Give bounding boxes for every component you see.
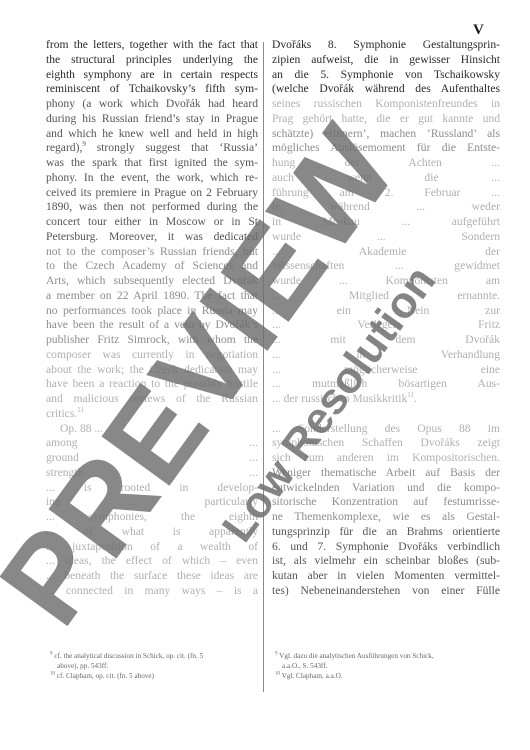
- page-number: V: [473, 22, 484, 39]
- text-line: during his Russian friend’s stay in Prag…: [46, 112, 258, 127]
- text-line: ... ideas, the effect of which – even: [46, 554, 258, 569]
- text-line-with-footnote-ref: critics.11: [46, 407, 258, 422]
- footnotes-english: 9 cf. the analytical discussion in Schic…: [50, 651, 260, 681]
- paragraph-gap: [272, 407, 500, 422]
- text-line: auch wenn die ...: [272, 171, 500, 186]
- text-line: ... ein Nein zur: [272, 304, 500, 319]
- text-line: tungsprinzip für die an Brahms orientier…: [272, 525, 500, 540]
- text-line: ground ...: [46, 451, 258, 466]
- text-line: ... symphonies, the eighth: [46, 510, 258, 525]
- text-line: and malicious reviews of the Russian: [46, 392, 258, 407]
- text-line: ... Verlegers Fritz: [272, 318, 500, 333]
- text-line: Op. 88 ...: [46, 422, 258, 437]
- text-line: ... mutmaßlich bösartigen Aus-: [272, 377, 500, 392]
- text-line: symphonischen Schaffen Dvořáks zeigt: [272, 436, 500, 451]
- footnote-text: cf. the analytical discussion in Schick,…: [54, 652, 203, 660]
- text-line: Arts, which subsequently elected Dvořák: [46, 274, 258, 289]
- text-line: sitorische Konzentration auf festumrisse…: [272, 495, 500, 510]
- text-line: kutan aber in vielen Momenten vermittel-: [272, 569, 500, 584]
- text-fragment: critics.: [46, 407, 77, 420]
- text-line: mögliches Auslösemoment für die Entste-: [272, 141, 500, 156]
- footnote: 9 cf. the analytical discussion in Schic…: [50, 651, 260, 661]
- text-line: ne Themenkomplexe, wie es als Gestal-: [272, 510, 500, 525]
- left-column-english: from the letters, together with the fact…: [46, 38, 258, 599]
- text-line: sich zum anderen im Kompositorischen.: [272, 451, 500, 466]
- text-line: no performances took place in Russia may: [46, 304, 258, 319]
- footnote-mark: 9: [275, 652, 278, 657]
- text-line: schätzte) erinnern’, machen ‘Russland’ a…: [272, 127, 500, 142]
- column-divider: [263, 42, 264, 692]
- text-line: ing ... particularly: [46, 495, 258, 510]
- text-line: about the work; the Czech dedication may: [46, 363, 258, 378]
- text-line: among ...: [46, 436, 258, 451]
- text-line: entwickelnden Variation und die kompo-: [272, 481, 500, 496]
- text-line-with-footnote-ref: regard),9 strongly suggest that ‘Russia’: [46, 141, 258, 156]
- text-line: (welche Dvořák während des Aufenthaltes: [272, 82, 500, 97]
- text-line: phony (a work which Dvořák had heard: [46, 97, 258, 112]
- footnotes-german: 9 Vgl. dazu die analytischen Ausführunge…: [275, 651, 500, 681]
- text-line: eighth symphony are in certain respects: [46, 68, 258, 83]
- text-line: ... beneath the surface these ideas are: [46, 569, 258, 584]
- text-line: strength ...: [46, 466, 258, 481]
- text-line: tes) Nebeneinanderstehen von einer Fülle: [272, 584, 500, 599]
- footnote-mark: 10: [275, 672, 280, 677]
- footnote: 10 Vgl. Clapham, a.a.O.: [275, 671, 500, 681]
- text-line: wurde ... Komponisten am: [272, 274, 500, 289]
- text-line: ... Akademie der: [272, 245, 500, 260]
- text-line: Weniger thematische Arbeit auf Basis der: [272, 466, 500, 481]
- text-line: ... is rooted in develop-: [46, 481, 258, 496]
- text-line: in Moskau ... aufgeführt: [272, 215, 500, 230]
- text-line: and which he knew well and held in high: [46, 127, 258, 142]
- text-line-with-footnote-ref: ... der russischen Musikkritik11.: [272, 392, 500, 407]
- text-line: a member on 22 April 1890. The fact that: [46, 289, 258, 304]
- text-line: the structural principles underlying the: [46, 53, 258, 68]
- right-column-german: Dvořáks 8. Symphonie Gestaltungsprin- zi…: [272, 38, 500, 599]
- text-line: zipien aufweist, die in gewisser Hinsich…: [272, 53, 500, 68]
- text-line: ... of what is apparently: [46, 525, 258, 540]
- text-line: an die 5. Symphonie von Tschaikowsky: [272, 68, 500, 83]
- footnote-ref: 9: [82, 141, 86, 148]
- text-line: from the letters, together with the fact…: [46, 38, 258, 53]
- footnote-text: Vgl. dazu die analytischen Ausführungen …: [279, 652, 434, 660]
- text-line: Petersburg. Moreover, it was dedicated: [46, 230, 258, 245]
- text-line: have been the result of a veto by Dvořák…: [46, 318, 258, 333]
- text-line: ... connected in many ways – is a: [46, 584, 258, 599]
- text-line: ... in Verhandlung: [272, 348, 500, 363]
- text-line: reminiscent of Tchaikovsky’s fifth sym-: [46, 82, 258, 97]
- text-line: hung der Achten ...: [272, 156, 500, 171]
- footnote: 9 Vgl. dazu die analytischen Ausführunge…: [275, 651, 500, 661]
- text-line: publisher Fritz Simrock, with whom the: [46, 333, 258, 348]
- text-line: 6. und 7. Symphonie Dvořáks verbindlich: [272, 540, 500, 555]
- text-fragment: regard),: [46, 141, 82, 154]
- text-line: concert tour either in Moscow or in St: [46, 215, 258, 230]
- text-line: ... mit dem Dvořák: [272, 333, 500, 348]
- text-line: wurde ... Sondern: [272, 230, 500, 245]
- text-line: ... Mitglied ernannte.: [272, 289, 500, 304]
- footnote-continuation: a.a.O., S. 543ff.: [275, 661, 500, 671]
- footnote-text: Vgl. Clapham, a.a.O.: [282, 672, 343, 680]
- footnote-mark: 10: [50, 672, 55, 677]
- text-line: phony. In the event, the work, which re-: [46, 171, 258, 186]
- text-line: ceived its premiere in Prague on 2 Febru…: [46, 186, 258, 201]
- footnote-ref: 11: [77, 407, 84, 414]
- text-line: ... Sonderstellung des Opus 88 im: [272, 422, 500, 437]
- footnote-mark: 9: [50, 652, 53, 657]
- text-line: was the spark that first ignited the sym…: [46, 156, 258, 171]
- text-line: seines russischen Komponistenfreundes in: [272, 97, 500, 112]
- text-line: not to the composer’s Russian friends, b…: [46, 245, 258, 260]
- footnote-text: cf. Clapham, op. cit. (fn. 5 above): [57, 672, 154, 680]
- text-line: Dvořáks 8. Symphonie Gestaltungsprin-: [272, 38, 500, 53]
- text-line: te, während ... weder: [272, 200, 500, 215]
- text-line: Wissenschaften ... gewidmet: [272, 259, 500, 274]
- text-line: ... juxtaposition of a wealth of: [46, 540, 258, 555]
- text-line: 1890, was then not performed during the: [46, 200, 258, 215]
- text-fragment: strongly suggest that ‘Russia’: [97, 141, 258, 154]
- text-line: Prag gehört hatte, die er gut kannte und: [272, 112, 500, 127]
- footnote-ref: 11: [407, 392, 414, 399]
- text-line: ist, als vielmehr ein scheinbar bloßes (…: [272, 554, 500, 569]
- text-line: to the Czech Academy of Sciences and: [46, 259, 258, 274]
- text-fragment: ... der russischen Musikkritik: [272, 392, 407, 405]
- footnote: 10 cf. Clapham, op. cit. (fn. 5 above): [50, 671, 260, 681]
- text-line: ... möglicherweise eine: [272, 363, 500, 378]
- footnote-continuation: above), pp. 543ff.: [50, 661, 260, 671]
- text-line: have been a reaction to the possibly hos…: [46, 377, 258, 392]
- text-line: führung am 2. Februar ...: [272, 186, 500, 201]
- text-line: composer was currently in negotiation: [46, 348, 258, 363]
